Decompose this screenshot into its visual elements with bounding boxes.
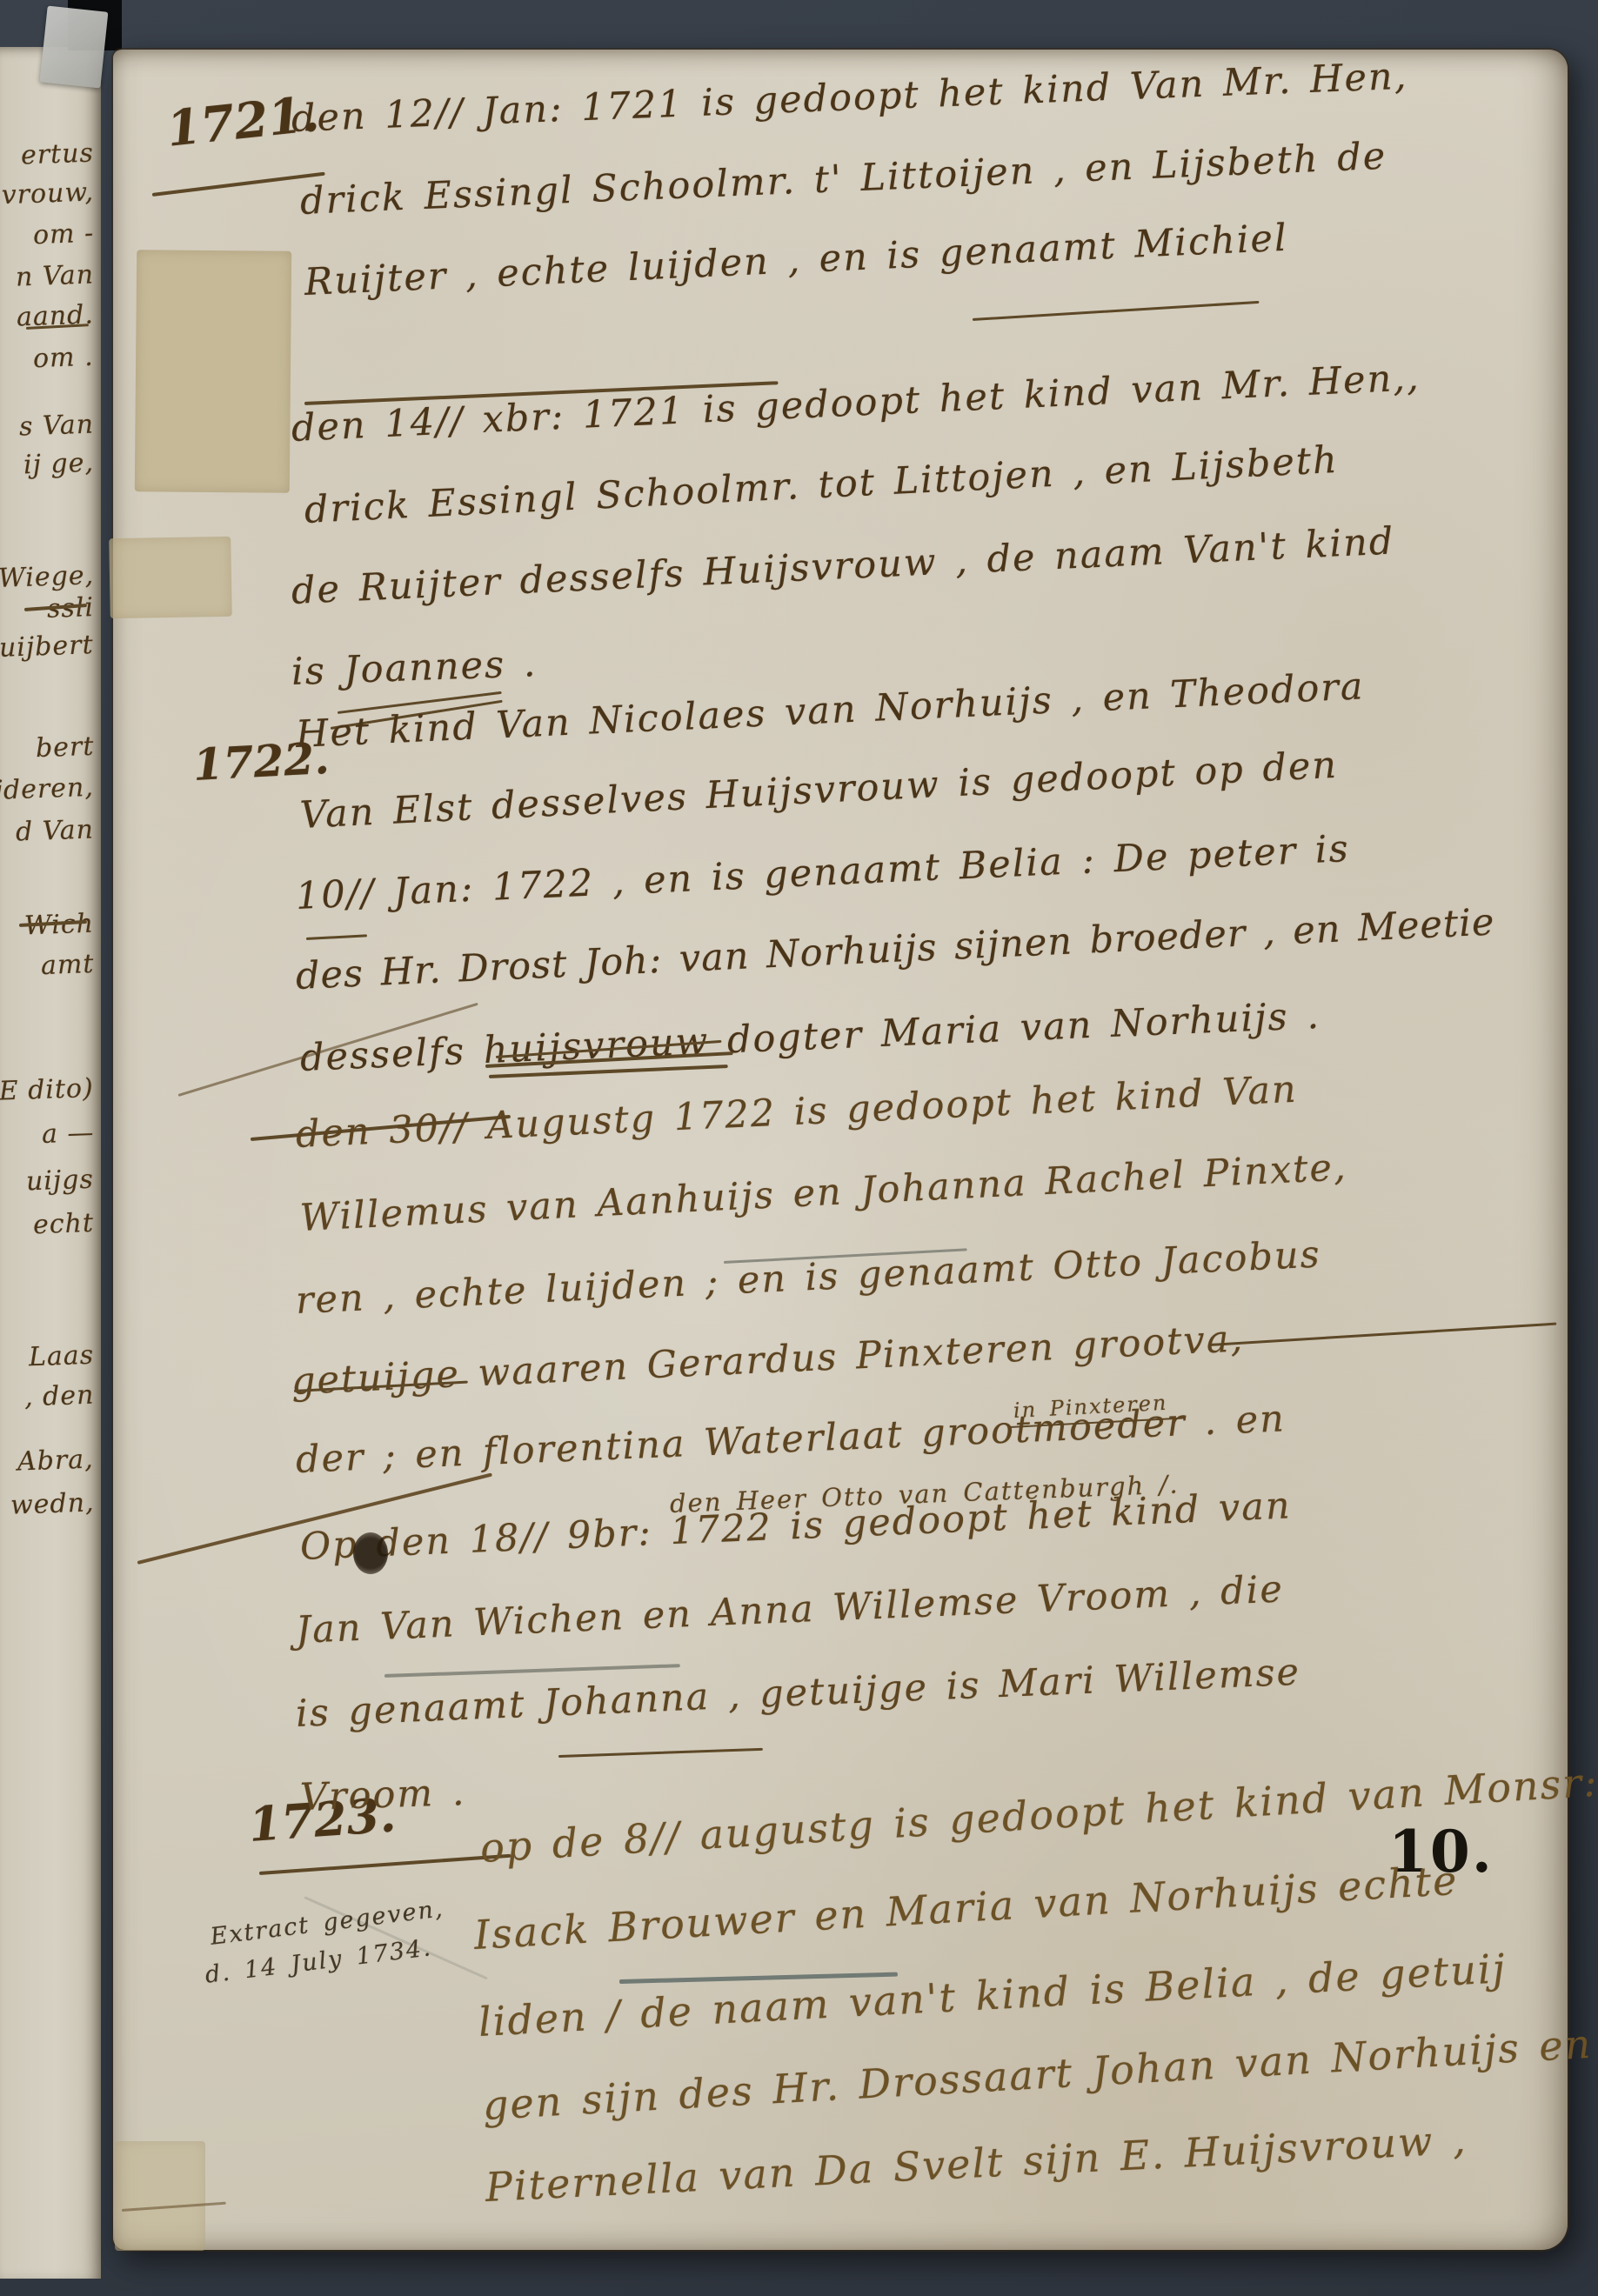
left-page-fragment: echt (32, 1208, 94, 1240)
left-page-edge: ertus hsvrouw, om - n Van aand. om . s V… (0, 47, 101, 2279)
left-page-fragment: ij ge, (23, 448, 94, 481)
tape-patch (135, 250, 291, 493)
left-page-fragment: bert (35, 731, 95, 764)
left-page-fragment: Wiege, (0, 560, 95, 594)
left-page-fragment: a — (41, 1118, 95, 1150)
entry-line: Vroom . (299, 1771, 466, 1819)
entry-line: is Joannes . (291, 642, 538, 694)
left-page-fragment: d Van (16, 814, 95, 847)
tape-patch (109, 537, 232, 618)
left-page-fragment: wedn, (10, 1487, 95, 1520)
left-page-fragment: uijbert (0, 630, 95, 664)
left-page-fragment: om . (33, 342, 95, 374)
left-page-fragment: Abra, (17, 1444, 95, 1477)
left-page-fragment: ijderen, (0, 772, 95, 806)
scanned-register-page: ertus hsvrouw, om - n Van aand. om . s V… (0, 0, 1598, 2296)
left-page-fragment: amt (40, 949, 95, 981)
left-page-fragment: , den (23, 1380, 95, 1413)
left-page-fragment: Laas (28, 1340, 94, 1373)
ink-blot (353, 1532, 388, 1574)
tape-patch (115, 2141, 205, 2251)
left-page-fragment: om - (32, 218, 94, 250)
binding-tape (40, 6, 109, 89)
left-page-fragment: s Van (18, 410, 94, 443)
left-page-fragment: n Van (15, 259, 94, 292)
left-page-fragment: hsvrouw, (0, 177, 95, 212)
left-page-fragment: (E dito) (0, 1073, 95, 1107)
left-page-fragment: ertus (21, 138, 95, 171)
left-page-fragment: uijgs (26, 1165, 95, 1198)
